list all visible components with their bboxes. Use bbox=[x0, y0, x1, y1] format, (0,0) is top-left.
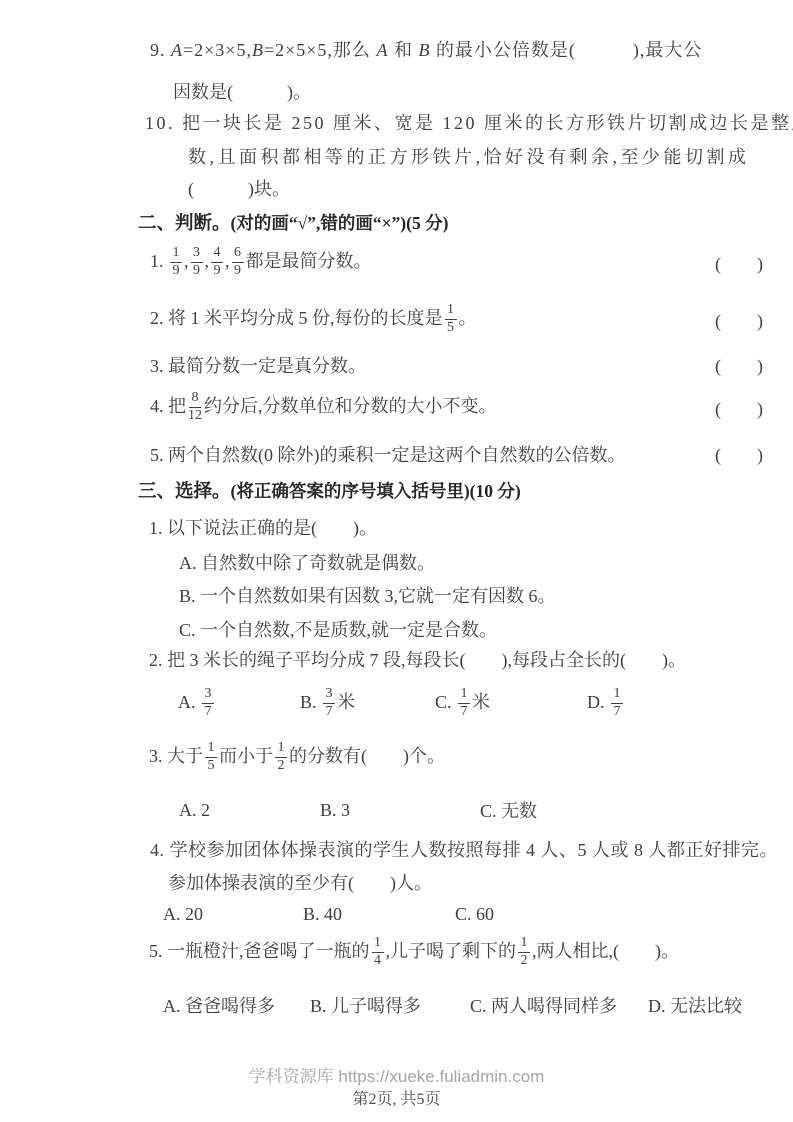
choice-1-option-b: B. 一个自然数如果有因数 3,它就一定有因数 6。 bbox=[179, 584, 556, 608]
answer-blank: ( ) bbox=[715, 441, 763, 467]
judge-item-1: 1. 19,39,49,69都是最简分数。( ) bbox=[150, 246, 763, 280]
fraction: 39 bbox=[191, 245, 203, 279]
judge-item-4-text: 4. 把812约分后,分数单位和分数的大小不变。 bbox=[150, 391, 497, 425]
fraction: 37 bbox=[202, 686, 214, 720]
section-2-title: 二、判断。 bbox=[138, 214, 231, 234]
choice-4-option-c: C. 60 bbox=[455, 904, 494, 925]
fraction: 812 bbox=[188, 390, 202, 424]
answer-blank: ( ) bbox=[715, 250, 763, 276]
fraction: 15 bbox=[445, 302, 457, 336]
choice-2-option-c: C. 17米 bbox=[435, 687, 587, 721]
choice-3-option-a: A. 2 bbox=[179, 800, 320, 821]
choice-4-option-a: A. 20 bbox=[163, 904, 303, 925]
judge-item-1-text: 1. 19,39,49,69都是最简分数。 bbox=[150, 246, 372, 280]
choice-2-stem: 2. 把 3 米长的绳子平均分成 7 段,每段长( ),每段占全长的( )。 bbox=[149, 648, 686, 672]
choice-5-stem: 5. 一瓶橙汁,爸爸喝了一瓶的14,儿子喝了剩下的12,两人相比,( )。 bbox=[149, 936, 679, 970]
answer-blank: ( ) bbox=[715, 307, 763, 333]
footer-watermark-url: 学科资源库 https://xueke.fuliadmin.com bbox=[0, 1062, 793, 1087]
choice-5-option-d: D. 无法比较 bbox=[648, 992, 742, 1018]
fraction: 69 bbox=[232, 245, 244, 279]
judge-item-5-text: 5. 两个自然数(0 除外)的乘积一定是这两个自然数的公倍数。 bbox=[150, 441, 626, 467]
judge-item-3: 3. 最简分数一定是真分数。( ) bbox=[150, 352, 763, 378]
fraction: 37 bbox=[323, 686, 335, 720]
fraction: 12 bbox=[275, 740, 287, 774]
choice-1-option-c: C. 一个自然数,不是质数,就一定是合数。 bbox=[179, 618, 497, 642]
fraction: 14 bbox=[372, 935, 384, 969]
question-9-line-2: 因数是( )。 bbox=[173, 80, 311, 104]
choice-3-stem: 3. 大于15而小于12的分数有( )个。 bbox=[149, 741, 445, 775]
choice-5-option-a: A. 爸爸喝得多 bbox=[163, 992, 310, 1018]
fraction: 12 bbox=[518, 935, 530, 969]
choice-3-option-c: C. 无数 bbox=[480, 797, 537, 823]
section-2-header: 二、判断。(对的画“√”,错的画“×”)(5 分) bbox=[138, 210, 448, 237]
choice-5-options: A. 爸爸喝得多 B. 儿子喝得多 C. 两人喝得同样多 D. 无法比较 bbox=[163, 992, 742, 1018]
choice-2-option-b: B. 37米 bbox=[300, 687, 435, 721]
answer-blank: ( ) bbox=[715, 352, 763, 378]
choice-5-option-c: C. 两人喝得同样多 bbox=[470, 992, 648, 1018]
choice-2-options: A. 37 B. 37米 C. 17米 D. 17 bbox=[178, 687, 625, 721]
choice-2-option-d: D. 17 bbox=[587, 687, 625, 721]
choice-4-options: A. 20 B. 40 C. 60 bbox=[163, 904, 494, 925]
choice-4-stem-line-2: 参加体操表演的至少有( )人。 bbox=[168, 871, 432, 895]
section-3-title: 三、选择。 bbox=[138, 482, 231, 502]
choice-1-option-a: A. 自然数中除了奇数就是偶数。 bbox=[179, 551, 435, 575]
choice-5-option-b: B. 儿子喝得多 bbox=[310, 992, 470, 1018]
test-paper-page: 9. A=2×3×5,B=2×5×5,那么 A 和 B 的最小公倍数是( ),最… bbox=[0, 0, 793, 1122]
fraction: 17 bbox=[458, 686, 470, 720]
question-9-line-1: 9. A=2×3×5,B=2×5×5,那么 A 和 B 的最小公倍数是( ),最… bbox=[150, 38, 702, 62]
question-10-line-3: ( )块。 bbox=[188, 177, 290, 201]
fraction: 15 bbox=[205, 740, 217, 774]
judge-item-3-text: 3. 最简分数一定是真分数。 bbox=[150, 352, 366, 378]
footer-page-number: 第2页, 共5页 bbox=[0, 1086, 793, 1109]
answer-blank: ( ) bbox=[715, 395, 763, 421]
fraction: 49 bbox=[211, 245, 223, 279]
fraction: 19 bbox=[170, 245, 182, 279]
choice-3-options: A. 2 B. 3 C. 无数 bbox=[179, 797, 537, 823]
choice-2-option-a: A. 37 bbox=[178, 687, 300, 721]
question-10-line-2: 数,且面积都相等的正方形铁片,恰好没有剩余,至少能切割成 bbox=[188, 145, 750, 169]
choice-4-stem-line-1: 4. 学校参加团体体操表演的学生人数按照每排 4 人、5 人或 8 人都正好排完… bbox=[150, 838, 778, 862]
choice-1-stem: 1. 以下说法正确的是( )。 bbox=[149, 516, 377, 540]
section-2-note: (对的画“√”,错的画“×”)(5 分) bbox=[231, 213, 449, 233]
choice-3-option-b: B. 3 bbox=[320, 800, 480, 821]
judge-item-4: 4. 把812约分后,分数单位和分数的大小不变。( ) bbox=[150, 391, 763, 425]
question-10-line-1: 10. 把一块长是 250 厘米、宽是 120 厘米的长方形铁片切割成边长是整厘… bbox=[145, 111, 793, 135]
judge-item-2: 2. 将 1 米平均分成 5 份,每份的长度是15。( ) bbox=[150, 303, 763, 337]
fraction: 17 bbox=[611, 686, 623, 720]
judge-item-2-text: 2. 将 1 米平均分成 5 份,每份的长度是15。 bbox=[150, 303, 477, 337]
section-3-header: 三、选择。(将正确答案的序号填入括号里)(10 分) bbox=[138, 478, 521, 505]
section-3-note: (将正确答案的序号填入括号里)(10 分) bbox=[231, 481, 521, 501]
choice-4-option-b: B. 40 bbox=[303, 904, 455, 925]
judge-item-5: 5. 两个自然数(0 除外)的乘积一定是这两个自然数的公倍数。( ) bbox=[150, 441, 763, 467]
